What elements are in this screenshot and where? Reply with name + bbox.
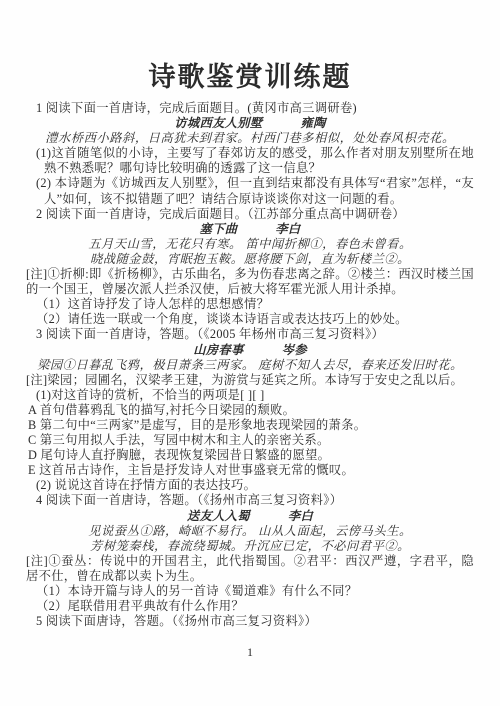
sub-line: （2）尾联借用君平典故有什么作用？ <box>26 599 474 614</box>
document-content: 1 阅读下面一首唐诗，完成后面题目。(黄冈市高三调研卷)访城西友人别墅雍陶澧水桥… <box>0 101 500 629</box>
intro-line: 5 阅读下面唐诗，答题。（《扬州市高三复习资料》） <box>26 614 474 629</box>
option-line: D 尾句诗人直抒胸臆，表现恢复梁园昔日繁盛的愿望。 <box>26 448 474 463</box>
poem-title-line: 送友人入蜀李白 <box>26 509 474 524</box>
poem-name: 送友人入蜀 <box>187 509 250 523</box>
note-line: [注]梁园；园圃名，汉梁孝王建，为游赏与延宾之所。本诗写于安史之乱以后。 <box>26 373 474 388</box>
note-line: [注]①折柳:即《折杨柳》，古乐曲名，多为伤春悲离之辞。②楼兰：西汉时楼兰国的一… <box>26 267 474 297</box>
poem-author: 岑参 <box>282 343 307 357</box>
page-number: 1 <box>0 645 500 660</box>
question-4: 4 阅读下面一首唐诗，答题。（《扬州市高三复习资料》）送友人入蜀李白见说蚕丛①路… <box>0 493 500 614</box>
intro-line: 2 阅读下面一首唐诗，完成后面题目。（江苏部分重点高中调研卷） <box>26 207 474 222</box>
intro-line: 3 阅读下面一首唐诗，答题。（《2005 年杨州市高三复习资料》） <box>26 327 474 342</box>
sub-line: （1）这首诗抒发了诗人怎样的思想感情？ <box>26 297 474 312</box>
poem-title-line: 塞下曲李白 <box>26 222 474 237</box>
question-2: 2 阅读下面一首唐诗，完成后面题目。（江苏部分重点高中调研卷）塞下曲李白五月天山… <box>0 207 500 328</box>
sub-line: (2) 说说这首诗在抒情方面的表达技巧。 <box>26 478 474 493</box>
poem-line: 五月天山雪，无花只有寒。 笛中闻折柳①，春色未曾看。 <box>26 237 474 252</box>
poem-line: 见说蚕丛①路，崎岖不易行。 山从人面起，云傍马头生。 <box>26 524 474 539</box>
poem-line: 梁园①日暮乱飞鸦，极目萧条三两家。 庭树不知人去尽，春来还发旧时花。 <box>26 358 474 373</box>
poem-title-line: 山房春事岑参 <box>26 343 474 358</box>
document-page: 诗歌鉴赏训练题 1 阅读下面一首唐诗，完成后面题目。(黄冈市高三调研卷)访城西友… <box>0 0 500 706</box>
question-5: 5 阅读下面唐诗，答题。（《扬州市高三复习资料》） <box>0 614 500 629</box>
document-title: 诗歌鉴赏训练题 <box>0 0 500 101</box>
poem-author: 李白 <box>275 222 300 236</box>
sub-line: (1)这首随笔似的小诗，主要写了春郊访友的感受，那么作者对朋友别墅所在地熟不熟悉… <box>26 146 474 176</box>
question-1: 1 阅读下面一首唐诗，完成后面题目。(黄冈市高三调研卷)访城西友人别墅雍陶澧水桥… <box>0 101 500 207</box>
option-line: E 这首吊古诗作，主旨是抒发诗人对世事盛衰无常的慨叹。 <box>26 463 474 478</box>
poem-author: 雍陶 <box>300 116 325 130</box>
sub-line: （1）本诗开篇与诗人的另一首诗《蜀道难》有什么不同？ <box>26 584 474 599</box>
sub-line: (1)对这首诗的赏析，不恰当的两项是[ ][ ] <box>26 388 474 403</box>
poem-line: 晓战随金鼓，宵眠抱玉鞍。愿将腰下剑，直为斩楼兰②。 <box>26 252 474 267</box>
poem-name: 塞下曲 <box>200 222 238 236</box>
sub-line: （2）请任选一联或一个角度，谈谈本诗语言或表达技巧上的妙处。 <box>26 312 474 327</box>
option-line: C 第三句用拟人手法，写园中树木和主人的亲密关系。 <box>26 433 474 448</box>
poem-name: 山房春事 <box>193 343 243 357</box>
option-line: B 第二句中“三两家”是虚写，目的是形象地表现梁园的萧条。 <box>26 418 474 433</box>
poem-line: 芳树笼秦栈，春流绕蜀城。升沉应已定，不必问君平②。 <box>26 539 474 554</box>
poem-author: 李白 <box>288 509 313 523</box>
option-line: A 首句借暮鸦乱飞的描写,衬托今日梁园的颓败。 <box>26 403 474 418</box>
poem-line: 澧水桥西小路斜，日高犹未到君家。村西门巷多相似，处处春风枳壳花。 <box>26 131 474 146</box>
poem-name: 访城西友人别墅 <box>174 116 262 130</box>
intro-line: 4 阅读下面一首唐诗，答题。（《扬州市高三复习资料》） <box>26 493 474 508</box>
note-line: [注]①蚕丛：传说中的开国君主，此代指蜀国。②君平：西汉严遵，字君平，隐居不仕，… <box>26 554 474 584</box>
sub-line: (2) 本诗题为《访城西友人别墅》，但一直到结束都没有具体写“君家”怎样，“友人… <box>26 176 474 206</box>
intro-line: 1 阅读下面一首唐诗，完成后面题目。(黄冈市高三调研卷) <box>26 101 474 116</box>
question-3: 3 阅读下面一首唐诗，答题。（《2005 年杨州市高三复习资料》）山房春事岑参梁… <box>0 327 500 493</box>
poem-title-line: 访城西友人别墅雍陶 <box>26 116 474 131</box>
